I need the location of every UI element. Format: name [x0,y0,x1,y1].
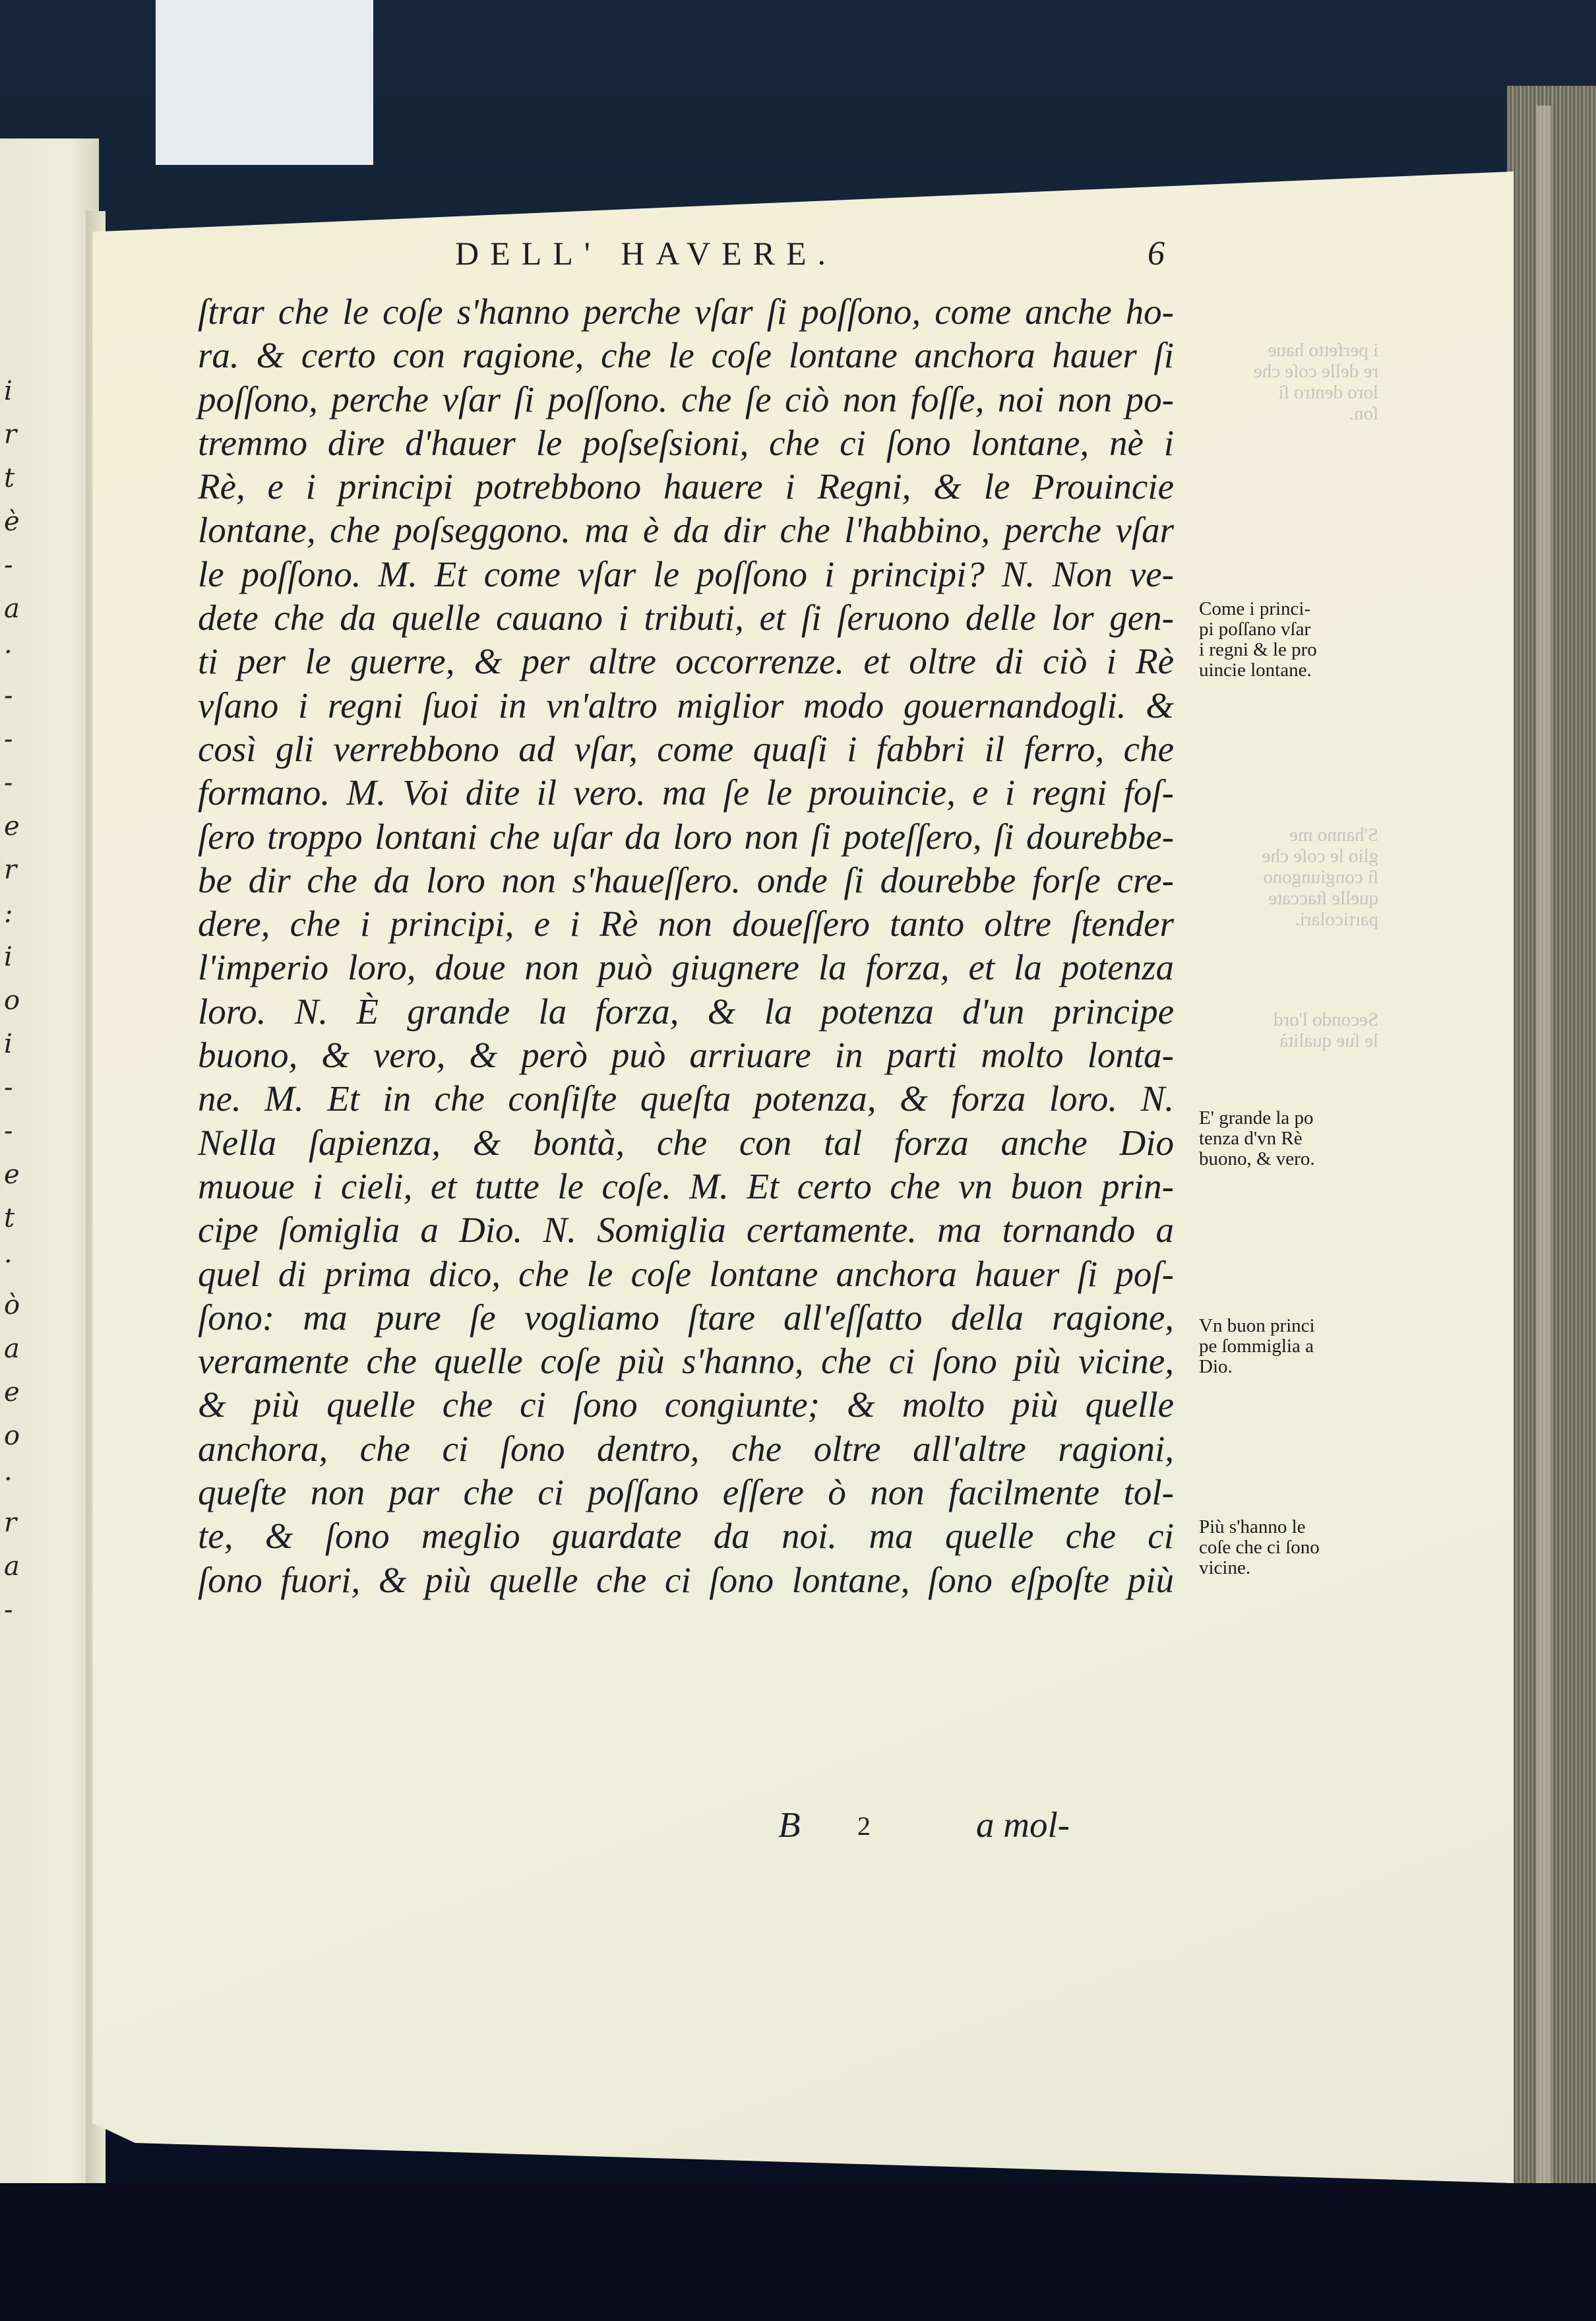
signature-number: 2 [857,1810,871,1841]
left-page-fragment: e [4,1153,28,1196]
text-line: vſano i regni ſuoi in vn'altro miglior m… [198,684,1174,727]
margin-note-line: vicine. [1199,1558,1377,1578]
text-line: Rè, e i principi potrebbono hauere i Reg… [198,465,1174,509]
text-line: quel di prima dico, che le coſe lontane … [198,1253,1174,1296]
left-page-fragment: - [4,543,28,587]
left-page-text-fragments: irtè-a·---er:ioi--et·òaeo·ra- [4,369,28,1632]
left-page-leaf: irtè-a·---er:ioi--et·òaeo·ra- [0,139,99,2183]
left-page-fragment: t [4,1196,28,1240]
left-page-fragment: · [4,631,28,674]
margin-note-line: E' grande la po [1199,1108,1377,1129]
margin-note-line: pi poſſano vſar [1199,619,1377,640]
bleed-through-line: le ſue qualità [1207,1030,1378,1051]
left-page-fragment: e [4,805,28,848]
text-line: formano. M. Voi dite il vero. ma ſe le p… [198,771,1174,815]
left-page-fragment: - [4,718,28,761]
bleed-through-line: particolari. [1207,909,1378,930]
left-page-fragment: · [4,1458,28,1501]
left-page-fragment: o [4,979,28,1022]
text-line: muoue i cieli, et tutte le coſe. M. Et c… [198,1165,1174,1208]
bleed-through-line: ſon. [1207,403,1378,424]
margin-note-line: Vn buon princi [1199,1316,1377,1336]
margin-note-line: pe ſommiglia a [1199,1336,1377,1357]
left-page-fragment: a [4,1545,28,1588]
bleed-through-line: quelle ſtaccate [1207,888,1378,909]
text-line: ſono fuori, & più quelle che ci ſono lon… [198,1559,1174,1602]
left-page-fragment: - [4,1109,28,1153]
margin-note: Vn buon principe ſommiglia aDio. [1199,1316,1377,1377]
text-line: ſono: ma pure ſe vogliamo ſtare all'eſſa… [198,1296,1174,1340]
left-page-fragment: - [4,1588,28,1632]
text-line: tremmo dire d'hauer le poſseſsioni, che … [198,421,1174,465]
text-line: queſte non par che ci poſſano eſſere ò n… [198,1471,1174,1514]
left-page-fragment: r [4,848,28,892]
margin-note-line: uincie lontane. [1199,660,1377,681]
text-line: ſero troppo lontani che uſar da loro non… [198,815,1174,859]
left-page-fragment: · [4,1240,28,1284]
left-page-fragment: - [4,674,28,718]
text-line: Nella ſapienza, & bontà, che con tal for… [198,1121,1174,1165]
text-line: ne. M. Et in che conſiſte queſta potenza… [198,1077,1174,1121]
text-line: loro. N. È grande la forza, & la potenza… [198,990,1174,1034]
left-page-fragment: a [4,587,28,631]
page-block-edges [1507,86,1596,2236]
text-line: le poſſono. M. Et come vſar le poſſono i… [198,553,1174,596]
text-line: ſtrar che le coſe s'hanno perche vſar ſi… [198,290,1174,334]
bleed-through-note: Secondo l'ordle ſue qualità [1207,1009,1378,1051]
margin-note-line: Come i princi- [1199,599,1377,619]
signature-mark: B [778,1804,801,1845]
margin-note: Più s'hanno lecoſe che ci ſonovicine. [1199,1517,1377,1578]
left-page-fragment: t [4,456,28,500]
text-line: l'imperio loro, doue non può giugnere la… [198,946,1174,989]
text-line: buono, & vero, & però può arriuare in pa… [198,1034,1174,1077]
margin-note-line: tenza d'vn Rè [1199,1129,1377,1149]
catchword: a mol- [976,1804,1070,1845]
left-page-fragment: r [4,1501,28,1545]
bleed-through-line: ſi congiungono [1207,867,1378,888]
margin-note-line: Più s'hanno le [1199,1517,1377,1537]
text-line: dere, che i principi, e i Rè non doueſſe… [198,902,1174,946]
text-line: anchora, che ci ſono dentro, che oltre a… [198,1427,1174,1471]
bleed-through-note: i perfetto hauere delle coſe cheloro den… [1207,340,1378,424]
margin-note-line: Dio. [1199,1357,1377,1377]
left-page-fragment: - [4,761,28,805]
left-page-fragment: i [4,369,28,413]
left-page-fragment: r [4,413,28,456]
text-line: così gli verrebbono ad vſar, come quaſi … [198,727,1174,771]
margin-note: E' grande la potenza d'vn Rèbuono, & ver… [1199,1108,1377,1169]
margin-note: Come i princi-pi poſſano vſari regni & l… [1199,599,1377,681]
bleed-through-note: S'hanno meglio le coſe cheſi congiungono… [1207,824,1378,930]
text-line: ra. & certo con ragione, che le coſe lon… [198,334,1174,377]
left-page-fragment: : [4,892,28,935]
bleed-through-line: re delle coſe che [1207,361,1378,382]
left-page-fragment: - [4,1066,28,1109]
page-edge-highlight [1537,106,1551,2216]
bleed-through-line: Secondo l'ord [1207,1009,1378,1030]
running-head: DELL' HAVERE. [455,234,837,272]
paper-tab [156,0,373,165]
text-line: cipe ſomiglia a Dio. N. Somiglia certame… [198,1208,1174,1252]
body-text: ſtrar che le coſe s'hanno perche vſar ſi… [198,290,1174,1602]
text-line: te, & ſono meglio guardate da noi. ma qu… [198,1514,1174,1558]
text-line: ti per le guerre, & per altre occorrenze… [198,640,1174,683]
margin-note-line: buono, & vero. [1199,1149,1377,1169]
margin-note-line: i regni & le pro [1199,640,1377,660]
page-number: 6 [1148,234,1165,273]
left-page-fragment: i [4,1022,28,1066]
text-line: be dir che da loro non s'haueſſero. onde… [198,859,1174,902]
scan-bottom-background [0,2183,1596,2321]
bleed-through-line: glio le coſe che [1207,846,1378,867]
text-line: veramente che quelle coſe più s'hanno, c… [198,1340,1174,1383]
bleed-through-line: loro dentro ſi [1207,382,1378,403]
text-line: dete che da quelle cauano i tributi, et … [198,596,1174,640]
left-page-fragment: a [4,1327,28,1371]
text-line: poſſono, perche vſar ſi poſſono. che ſe … [198,378,1174,421]
bleed-through-line: i perfetto haue [1207,340,1378,361]
text-line: lontane, che poſseggono. ma è da dir che… [198,509,1174,552]
left-page-fragment: e [4,1371,28,1414]
margin-note-line: coſe che ci ſono [1199,1537,1377,1558]
left-page-fragment: i [4,935,28,979]
left-page-fragment: ò [4,1284,28,1327]
left-page-fragment: o [4,1414,28,1458]
text-line: & più quelle che ci ſono congiunte; & mo… [198,1383,1174,1427]
left-page-fragment: è [4,500,28,543]
bleed-through-line: S'hanno me [1207,824,1378,846]
